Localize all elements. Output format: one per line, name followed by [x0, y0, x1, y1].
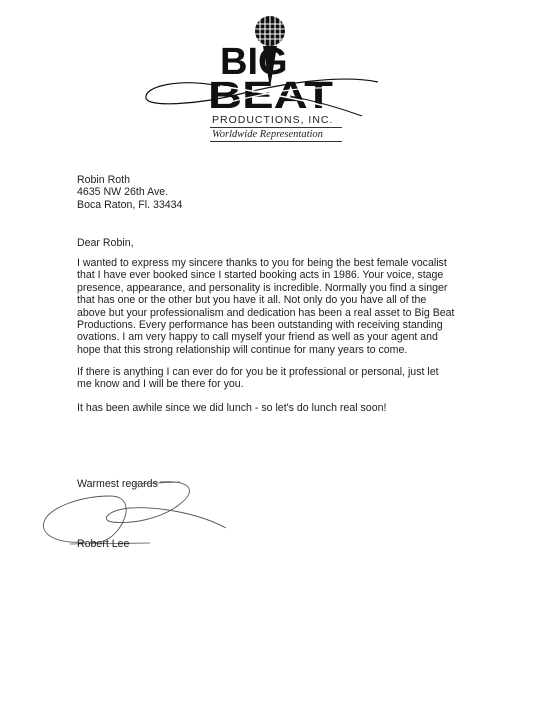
- company-tagline: Worldwide Representation: [210, 127, 342, 142]
- paragraph-line: that has one or the other but you have i…: [77, 294, 455, 306]
- paragraph-line: me know and I will be there for you.: [77, 378, 439, 390]
- paragraph-line: If there is anything I can ever do for y…: [77, 366, 439, 378]
- paragraph-line: ovations. I am very happy to call myself…: [77, 331, 455, 343]
- paragraph-line: hope that this strong relationship will …: [77, 344, 455, 356]
- salutation: Dear Robin,: [77, 237, 134, 249]
- recipient-name: Robin Roth: [77, 174, 182, 186]
- recipient-street: 4635 NW 26th Ave.: [77, 186, 182, 198]
- paragraph-line: that I have ever booked since I started …: [77, 269, 455, 281]
- recipient-city: Boca Raton, Fl. 33434: [77, 199, 182, 211]
- paragraph-line: I wanted to express my sincere thanks to…: [77, 257, 455, 269]
- paragraph-line: above but your professionalism and dedic…: [77, 307, 455, 319]
- body-paragraph-1: I wanted to express my sincere thanks to…: [77, 257, 455, 356]
- paragraph-line: presence, appearance, and personality is…: [77, 282, 455, 294]
- body-paragraph-2: If there is anything I can ever do for y…: [77, 366, 439, 391]
- company-name: PRODUCTIONS, INC.: [212, 114, 342, 126]
- signature-scribble: [30, 470, 250, 560]
- big-beat-logo: BIG BEAT PRODUCTIONS, INC. Worldwide Rep…: [140, 12, 380, 142]
- paragraph-line: Productions. Every performance has been …: [77, 319, 455, 331]
- signer-name: Robert Lee: [77, 538, 129, 550]
- recipient-address: Robin Roth 4635 NW 26th Ave. Boca Raton,…: [77, 174, 182, 211]
- body-paragraph-3: It has been awhile since we did lunch - …: [77, 402, 386, 414]
